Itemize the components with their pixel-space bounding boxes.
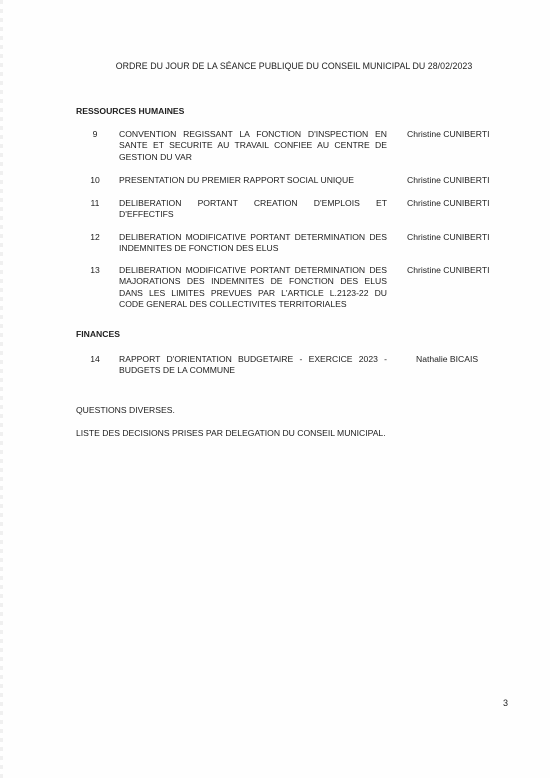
section-heading-finances: FINANCES <box>76 329 120 339</box>
item-number: 13 <box>87 265 103 275</box>
item-title: CONVENTION REGISSANT LA FONCTION D'INSPE… <box>119 129 387 163</box>
document-title: ORDRE DU JOUR DE LA SÉANCE PUBLIQUE DU C… <box>0 61 550 71</box>
scan-edge-artifact <box>0 0 3 778</box>
item-number: 14 <box>87 354 103 364</box>
item-number: 10 <box>87 175 103 185</box>
section-heading-ressources-humaines: RESSOURCES HUMAINES <box>76 106 184 116</box>
item-number: 12 <box>87 232 103 242</box>
document-page: ORDRE DU JOUR DE LA SÉANCE PUBLIQUE DU C… <box>0 0 550 778</box>
item-number: 9 <box>87 129 103 139</box>
item-title: PRESENTATION DU PREMIER RAPPORT SOCIAL U… <box>119 175 387 186</box>
item-speaker: Christine CUNIBERTI <box>407 198 489 208</box>
liste-des-decisions: LISTE DES DECISIONS PRISES PAR DELEGATIO… <box>76 428 386 438</box>
questions-diverses: QUESTIONS DIVERSES. <box>76 405 175 415</box>
item-title: DELIBERATION MODIFICATIVE PORTANT DETERM… <box>119 232 387 255</box>
item-number: 11 <box>87 198 103 208</box>
page-number: 3 <box>503 698 508 708</box>
item-speaker: Christine CUNIBERTI <box>407 175 489 185</box>
item-title: RAPPORT D'ORIENTATION BUDGETAIRE - EXERC… <box>119 354 387 377</box>
item-speaker: Nathalie BICAIS <box>416 354 478 364</box>
item-title: DELIBERATION PORTANT CREATION D'EMPLOIS … <box>119 198 387 221</box>
item-title: DELIBERATION MODIFICATIVE PORTANT DETERM… <box>119 265 387 310</box>
item-speaker: Christine CUNIBERTI <box>407 265 489 275</box>
item-speaker: Christine CUNIBERTI <box>407 129 489 139</box>
item-speaker: Christine CUNIBERTI <box>407 232 489 242</box>
